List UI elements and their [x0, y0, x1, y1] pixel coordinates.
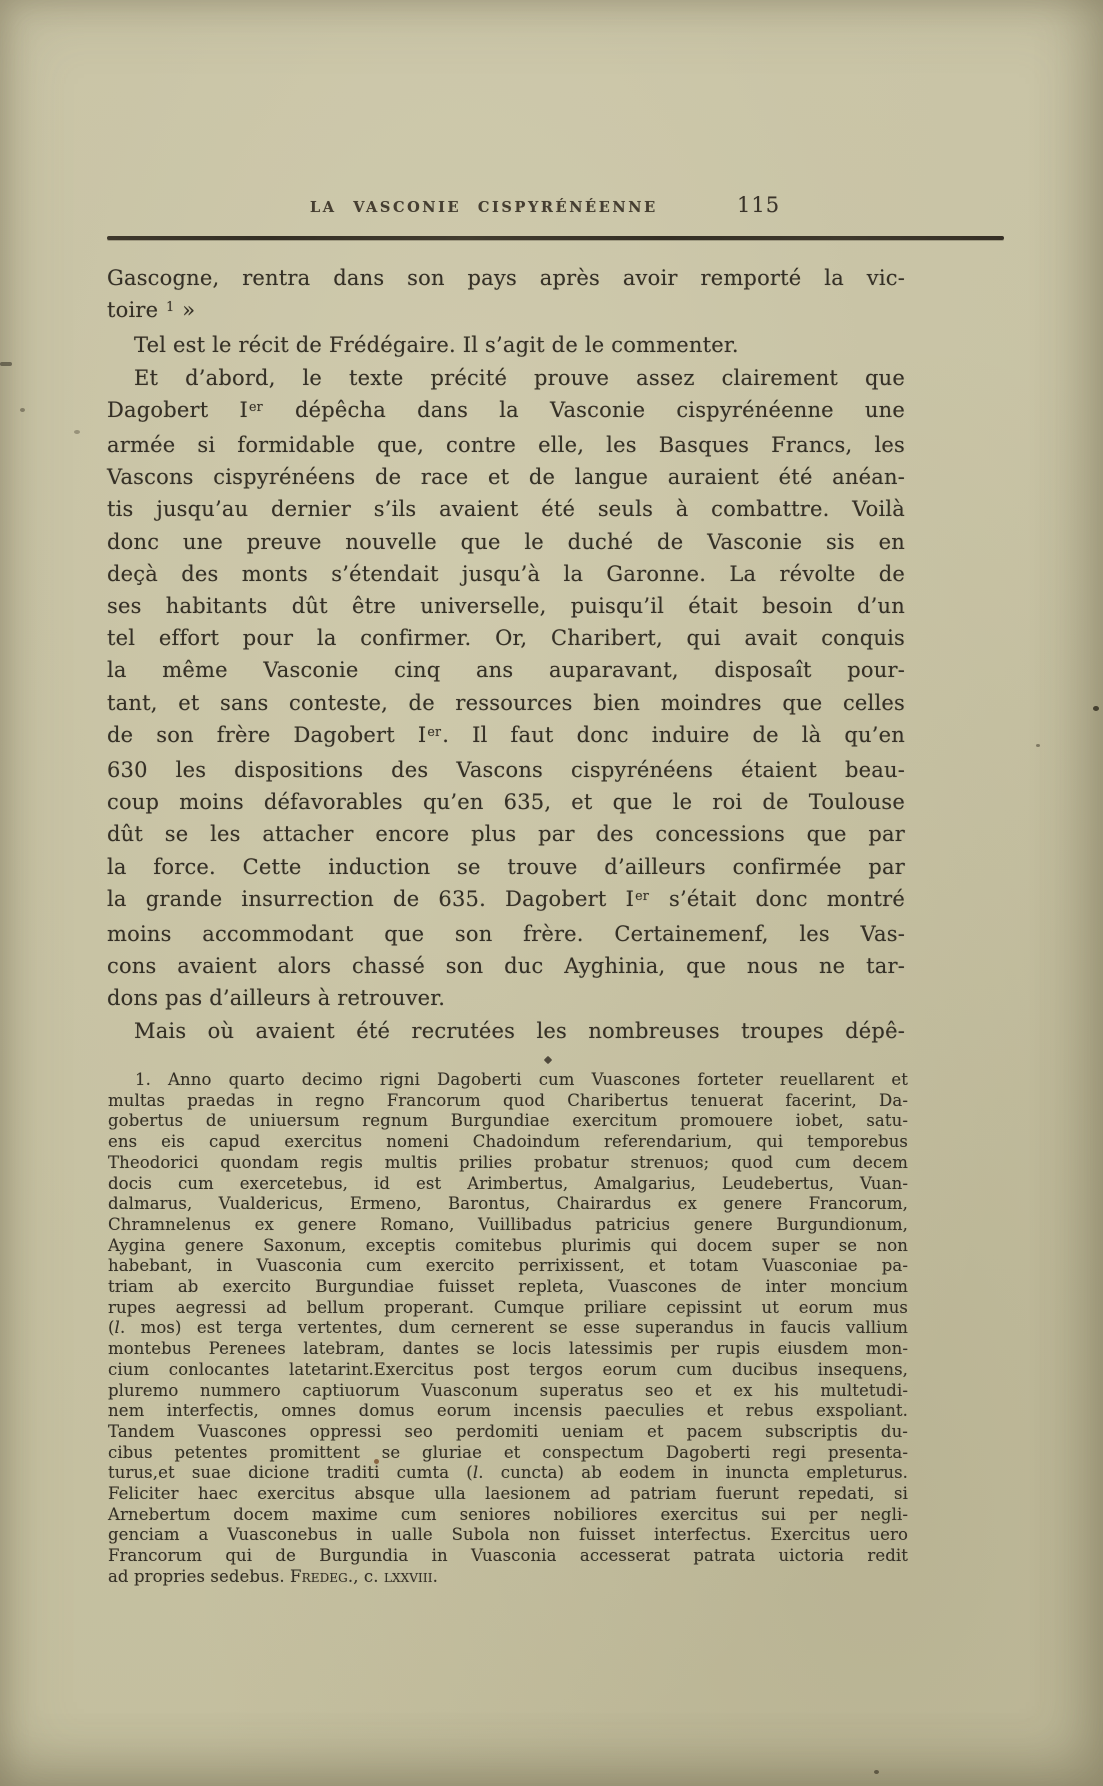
text-line: la grande insurrection de 635. Dagobert …	[107, 883, 905, 918]
text-line: Arnebertum docem maxime cum seniores nob…	[108, 1505, 908, 1526]
text-line: habebant, in Vuasconia cum exercito perr…	[108, 1256, 908, 1277]
main-text: Gascogne, rentra dans son pays après avo…	[107, 262, 905, 1047]
ink-speck	[874, 1770, 879, 1774]
text-line: rupes aegressi ad bellum properant. Cumq…	[108, 1298, 908, 1319]
ink-speck	[74, 430, 80, 434]
text-line: tel effort pour la confirmer. Or, Charib…	[107, 622, 905, 654]
text-line: cons avaient alors chassé son duc Ayghin…	[107, 950, 905, 982]
text-line: tant, et sans conteste, de ressources bi…	[107, 687, 905, 719]
text-line: nem interfectis, omnes domus eorum incen…	[108, 1401, 908, 1422]
text-line: ad propries sedebus. Fredeg., c. lxxviii…	[108, 1567, 908, 1588]
text-line: cium conlocantes latetarint.Exercitus po…	[108, 1360, 908, 1381]
text-line: pluremo nummero captiuorum Vuasconum sup…	[108, 1381, 908, 1402]
text-line: ses habitants dût être universelle, puis…	[107, 590, 905, 622]
text-line: Theodorici quondam regis multis prilies …	[108, 1153, 908, 1174]
text-line: Et d’abord, le texte précité prouve asse…	[107, 362, 905, 394]
text-line: la même Vasconie cinq ans auparavant, di…	[107, 654, 905, 686]
text-line: cibus petentes promittent se gluriae et …	[108, 1443, 908, 1464]
text-line: Mais où avaient été recrutées les nombre…	[107, 1015, 905, 1047]
text-line: (l. mos) est terga vertentes, dum cerner…	[108, 1318, 908, 1339]
text-line: triam ab exercito Burgundiae fuisset rep…	[108, 1277, 908, 1298]
text-line: gobertus de uniuersum regnum Burgundiae …	[108, 1111, 908, 1132]
text-line: moins accommodant que son frère. Certain…	[107, 918, 905, 950]
text-line: armée si formidable que, contre elle, le…	[107, 429, 905, 461]
text-line: Feliciter haec exercitus absque ulla lae…	[108, 1484, 908, 1505]
text-line: de son frère Dagobert Ier. Il faut donc …	[107, 719, 905, 754]
margin-mark	[0, 362, 12, 366]
text-line: 630 les dispositions des Vascons cispyré…	[107, 754, 905, 786]
text-line: Tandem Vuascones oppressi seo perdomiti …	[108, 1422, 908, 1443]
text-line: Francorum qui de Burgundia in Vuasconia …	[108, 1546, 908, 1567]
ink-speck	[20, 408, 25, 412]
running-title: LA VASCONIE CISPYRÉNÉENNE	[310, 199, 658, 216]
text-line: Gascogne, rentra dans son pays après avo…	[107, 262, 905, 294]
text-line: turus,et suae dicione traditi cumta (l. …	[108, 1463, 908, 1484]
text-line: 1. Anno quarto decimo rigni Dagoberti cu…	[108, 1070, 908, 1091]
footnote: 1. Anno quarto decimo rigni Dagoberti cu…	[108, 1070, 908, 1588]
text-line: ens eis capud exercitus nomeni Chadoindu…	[108, 1132, 908, 1153]
diamond-mark	[544, 1056, 552, 1064]
text-line: docis cum exercetebus, id est Arimbertus…	[108, 1174, 908, 1195]
text-line: toire 1 »	[107, 294, 905, 329]
text-line: Vascons cispyrénéens de race et de langu…	[107, 461, 905, 493]
text-line: Dagobert Ier dépêcha dans la Vasconie ci…	[107, 394, 905, 429]
text-line: deçà des monts s’étendait jusqu’à la Gar…	[107, 558, 905, 590]
text-line: dalmarus, Vualdericus, Ermeno, Barontus,…	[108, 1194, 908, 1215]
text-line: multas praedas in regno Francorum quod C…	[108, 1091, 908, 1112]
text-line: dons pas d’ailleurs à retrouver.	[107, 982, 905, 1014]
rust-speck	[374, 1459, 379, 1464]
text-line: dût se les attacher encore plus par des …	[107, 818, 905, 850]
ink-speck	[1093, 706, 1099, 711]
text-line: Chramnelenus ex genere Romano, Vuillibad…	[108, 1215, 908, 1236]
text-line: donc une preuve nouvelle que le duché de…	[107, 526, 905, 558]
header-rule	[107, 236, 1004, 240]
text-line: tis jusqu’au dernier s’ils avaient été s…	[107, 493, 905, 525]
text-line: genciam a Vuasconebus in ualle Subola no…	[108, 1525, 908, 1546]
book-page: LA VASCONIE CISPYRÉNÉENNE 115 Gascogne, …	[0, 0, 1103, 1786]
text-line: Tel est le récit de Frédégaire. Il s’agi…	[107, 329, 905, 361]
text-line: Aygina genere Saxonum, exceptis comitebu…	[108, 1236, 908, 1257]
page-number: 115	[737, 193, 780, 217]
text-line: coup moins défavorables qu’en 635, et qu…	[107, 786, 905, 818]
ink-speck	[1036, 744, 1040, 747]
text-line: montebus Perenees latebram, dantes se lo…	[108, 1339, 908, 1360]
text-line: la force. Cette induction se trouve d’ai…	[107, 851, 905, 883]
